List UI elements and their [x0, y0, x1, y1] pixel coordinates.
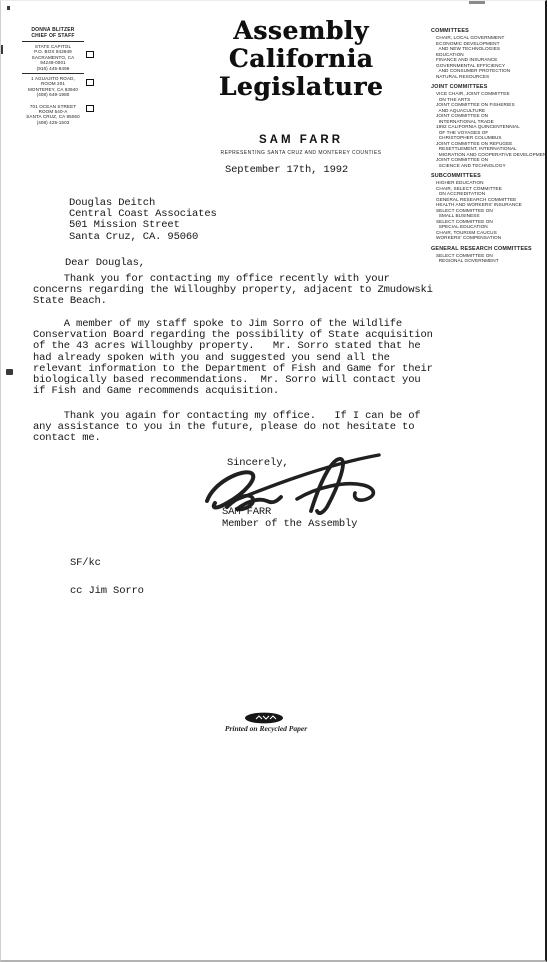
paragraph-1: Thank you for contacting my office recen…: [33, 274, 433, 308]
chief-of-staff-title: CHIEF OF STAFF: [21, 33, 85, 39]
checkbox-icon: [86, 51, 94, 58]
scan-artifact: [7, 6, 10, 10]
scan-artifact: [1, 45, 3, 54]
committee-section-title: SUBCOMMITTEES: [431, 173, 545, 179]
org-name-line2: California Legislature: [151, 45, 451, 101]
recipient-address: Douglas Deitch Central Coast Associates …: [69, 198, 217, 243]
office-address-santa-cruz: 701 OCEAN STREET ROOM 540-A SANTA CRUZ, …: [21, 104, 85, 126]
committee-section-title: JOINT COMMITTEES: [431, 84, 545, 90]
committee-section-items: CHAIR, LOCAL GOVERNMENT ECONOMIC DEVELOP…: [431, 35, 545, 79]
reference-initials: SF/kc: [70, 558, 101, 569]
signer-name: SAM FARR: [222, 507, 271, 518]
scanned-letter-page: DONNA BLITZER CHIEF OF STAFF STATE CAPIT…: [0, 0, 547, 962]
staff-offices-column: DONNA BLITZER CHIEF OF STAFF STATE CAPIT…: [21, 27, 85, 125]
divider: [22, 73, 84, 74]
scan-artifact: [469, 1, 485, 4]
scan-artifact: [6, 369, 13, 375]
recycled-logo-icon: [244, 712, 284, 724]
committee-section-items: VICE CHAIR, JOINT COMMITTEE ON THE ARTS …: [431, 91, 545, 168]
office-address-monterey: 1 AGUAJITO ROAD, ROOM 201 MONTEREY, CA 9…: [21, 76, 85, 98]
committee-section-title: COMMITTEES: [431, 28, 545, 34]
office-address-capitol: STATE CAPITOL P.O. BOX 942849 SACRAMENTO…: [21, 44, 85, 71]
org-name-line1: Assembly: [151, 17, 451, 45]
recycled-caption: Printed on Recycled Paper: [181, 724, 351, 733]
letter-date: September 17th, 1992: [225, 165, 348, 176]
checkbox-icon: [86, 79, 94, 86]
committee-section-items: SELECT COMMITTEE ON REGIONAL GOVERNMENT: [431, 253, 545, 264]
cc-line: cc Jim Sorro: [70, 586, 144, 597]
salutation: Dear Douglas,: [65, 258, 145, 269]
member-name: SAM FARR: [151, 134, 451, 146]
member-subtitle: REPRESENTING SANTA CRUZ AND MONTEREY COU…: [151, 150, 451, 156]
signer-title: Member of the Assembly: [222, 519, 357, 530]
committee-section-items: HIGHER EDUCATION CHAIR, SELECT COMMITTEE…: [431, 180, 545, 241]
paragraph-3: Thank you again for contacting my office…: [33, 411, 421, 445]
divider: [22, 41, 84, 42]
paragraph-2: A member of my staff spoke to Jim Sorro …: [33, 319, 433, 397]
checkbox-icon: [86, 105, 94, 112]
committees-column: COMMITTEES CHAIR, LOCAL GOVERNMENT ECONO…: [431, 23, 545, 264]
committee-section-title: GENERAL RESEARCH COMMITTEES: [431, 246, 545, 252]
masthead: Assembly California Legislature SAM FARR…: [151, 17, 451, 156]
